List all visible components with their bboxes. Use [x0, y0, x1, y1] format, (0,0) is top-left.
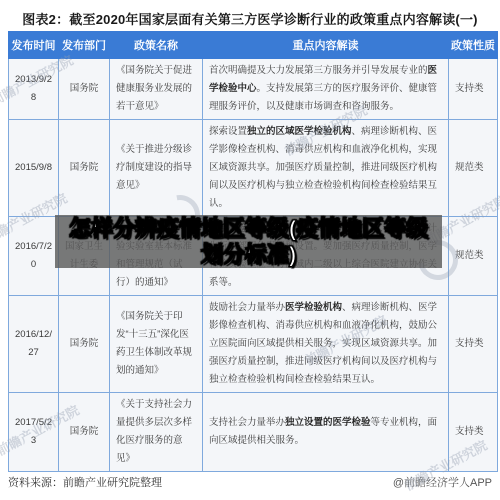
cell-policy-nature: 支持类 [449, 393, 498, 472]
table-row: 2013/9/28国务院《国务院关于促进健康服务业发展的若干意见》首次明确提及大… [9, 59, 498, 120]
chart-title: 图表2：截至2020年国家层面有关第三方医学诊断行业的政策重点内容解读(一) [0, 0, 500, 28]
content-segment: 独立设置的医学检验 [285, 417, 371, 428]
table-header: 发布时间 发布部门 政策名称 重点内容解读 政策性质 [9, 32, 498, 59]
infographic-page: 图表2：截至2020年国家层面有关第三方医学诊断行业的政策重点内容解读(一) 前… [0, 0, 500, 500]
header-row: 发布时间 发布部门 政策名称 重点内容解读 政策性质 [9, 32, 498, 59]
content-segment: 、病理诊断机构、医学影像检查机构、消毒供应机构和血液净化机构，实现区域资源共享。… [209, 126, 437, 209]
cell-publish-dept: 国务院 [59, 393, 110, 472]
header-publish-dept: 发布部门 [59, 32, 110, 59]
cell-policy-nature: 规范类 [449, 217, 498, 296]
cell-key-content: 支持社会力量举办独立设置的医学检验等专业机构，面向区域提供相关服务。 [203, 393, 449, 472]
content-segment: 医学检验机构 [285, 302, 342, 313]
cell-policy-nature: 支持类 [449, 59, 498, 120]
header-publish-date: 发布时间 [9, 32, 59, 59]
footer: 资料来源：前瞻产业研究院整理 @前瞻经济学人APP [8, 474, 492, 490]
content-segment: 、病理诊断机构、医学影像检查机构、消毒供应机构和血液净化机构，鼓励公立医院面向区… [209, 302, 437, 385]
overlay-title-line1: 怎样分辨疫情地区等级(疫情地区等级 [69, 216, 428, 242]
cell-policy-nature: 规范类 [449, 120, 498, 217]
cell-key-content: 探索设置独立的区域医学检验机构、病理诊断机构、医学影像检查机构、消毒供应机构和血… [203, 120, 449, 217]
table-row: 2016/12/27国务院《国务院关于印发“十三五”深化医药卫生体制改革规划的通… [9, 296, 498, 393]
content-segment: 独立的区域医学检验机构 [247, 126, 352, 137]
cell-policy-name: 《国务院关于印发“十三五”深化医药卫生体制改革规划的通知》 [110, 296, 203, 393]
cell-policy-name: 《国务院关于促进健康服务业发展的若干意见》 [110, 59, 203, 120]
cell-key-content: 鼓励社会力量举办医学检验机构、病理诊断机构、医学影像检查机构、消毒供应机构和血液… [203, 296, 449, 393]
cell-policy-name: 《关于推进分级诊疗制度建设的指导意见》 [110, 120, 203, 217]
content-segment: 探索设置 [209, 126, 247, 137]
credit-note: @前瞻经济学人APP [393, 474, 492, 490]
content-segment: 鼓励社会力量举办 [209, 302, 285, 313]
cell-policy-name: 《关于支持社会力量提供多层次多样化医疗服务的意见》 [110, 393, 203, 472]
cell-publish-date: 2013/9/28 [9, 59, 59, 120]
cell-publish-dept: 国务院 [59, 120, 110, 217]
header-policy-nature: 政策性质 [449, 32, 498, 59]
content-segment: 支持社会力量举办 [209, 417, 285, 428]
cell-publish-date: 2017/5/23 [9, 393, 59, 472]
cell-publish-date: 2015/9/8 [9, 120, 59, 217]
cell-publish-dept: 国务院 [59, 59, 110, 120]
cell-publish-date: 2016/7/20 [9, 217, 59, 296]
cell-policy-nature: 支持类 [449, 296, 498, 393]
source-note: 资料来源：前瞻产业研究院整理 [8, 474, 162, 490]
content-segment: 首次明确提及大力发展第三方服务并引导发展专业的 [209, 65, 428, 76]
header-key-content: 重点内容解读 [203, 32, 449, 59]
cell-publish-dept: 国务院 [59, 296, 110, 393]
article-title-overlay: 怎样分辨疫情地区等级(疫情地区等级 划分标准) [55, 215, 442, 268]
table-row: 2017/5/23国务院《关于支持社会力量提供多层次多样化医疗服务的意见》支持社… [9, 393, 498, 472]
cell-key-content: 首次明确提及大力发展第三方服务并引导发展专业的医学检验中心。支持发展第三方的医疗… [203, 59, 449, 120]
table-row: 2015/9/8国务院《关于推进分级诊疗制度建设的指导意见》探索设置独立的区域医… [9, 120, 498, 217]
overlay-title-line2: 划分标准) [201, 242, 296, 268]
header-policy-name: 政策名称 [110, 32, 203, 59]
cell-publish-date: 2016/12/27 [9, 296, 59, 393]
